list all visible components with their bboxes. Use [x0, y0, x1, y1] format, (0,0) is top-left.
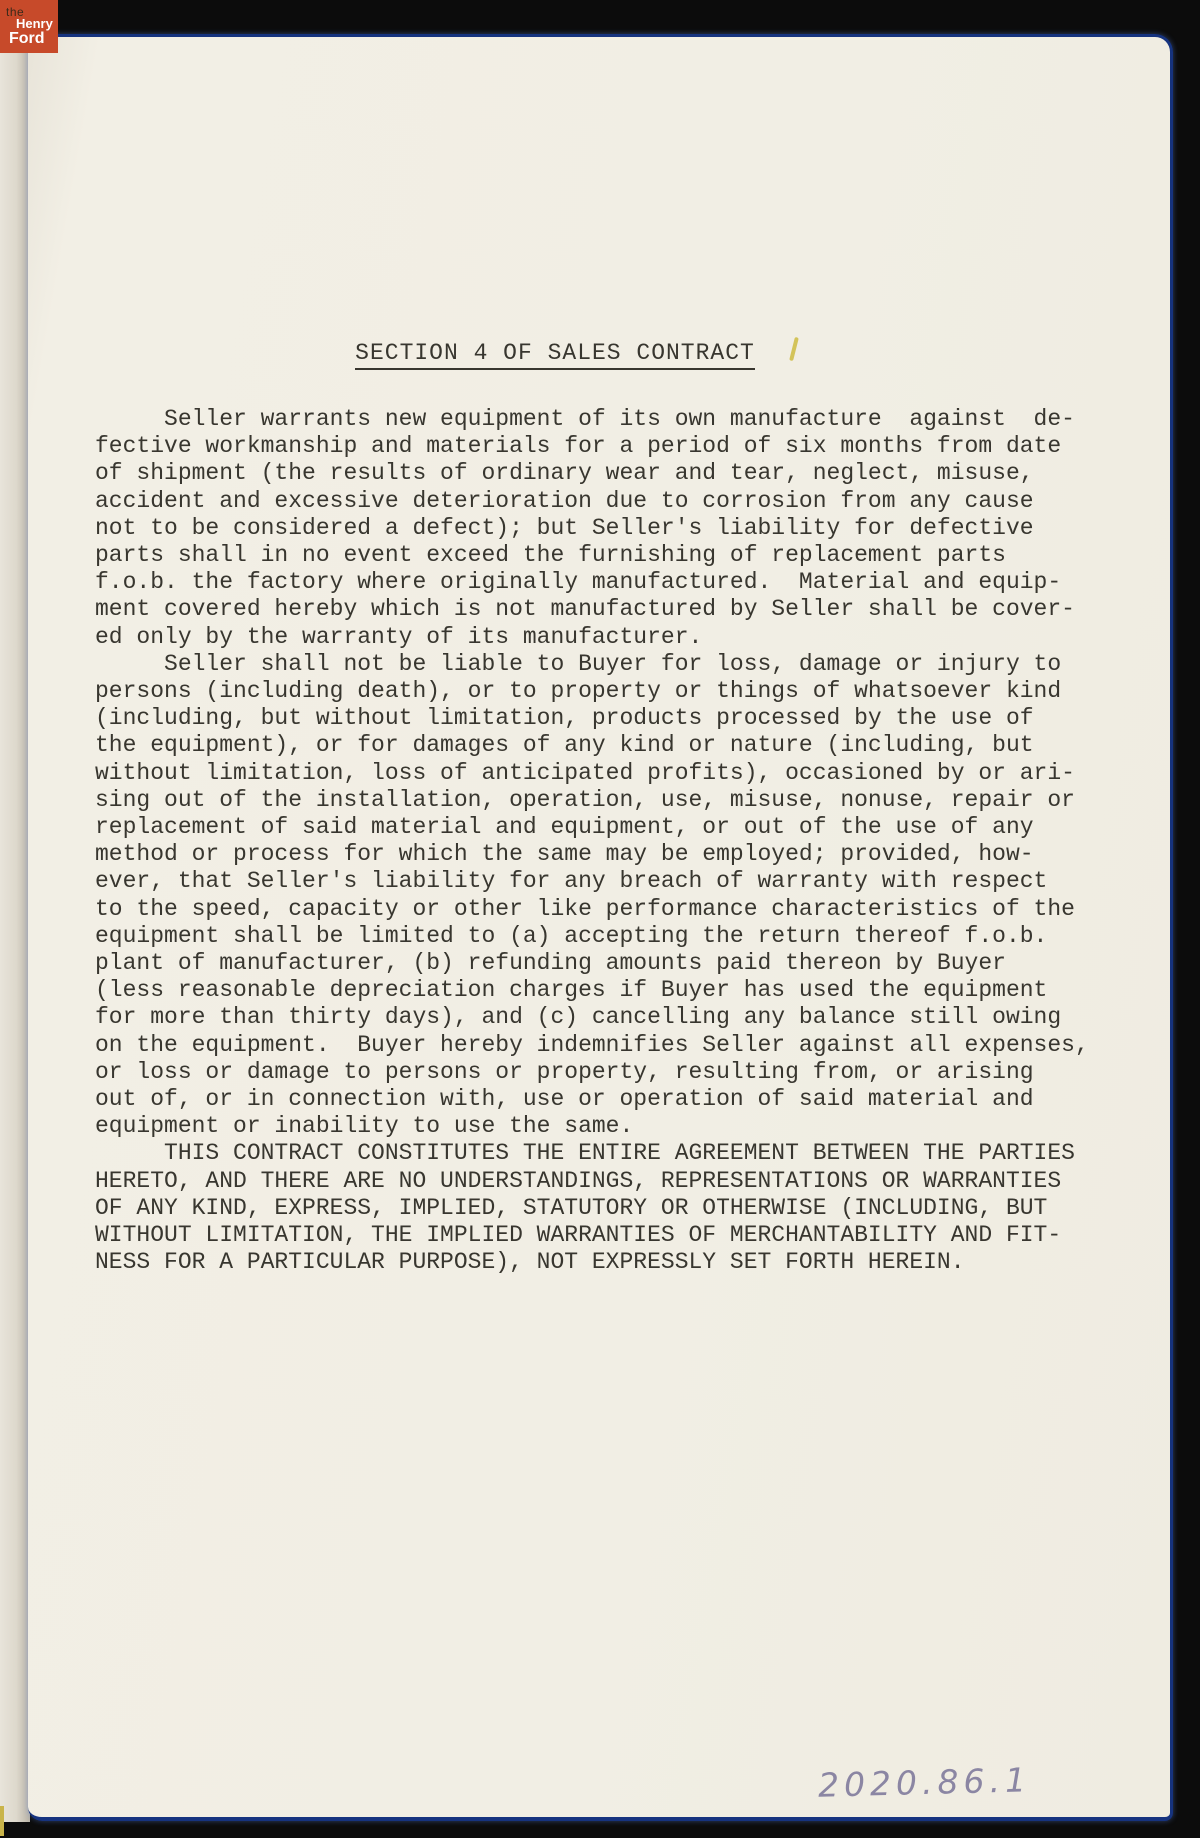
typed-content: SECTION 4 OF SALES CONTRACT Seller warra… — [95, 37, 1107, 1277]
document-title-text: SECTION 4 OF SALES CONTRACT — [355, 340, 755, 370]
logo-word-ford: Ford — [9, 31, 45, 47]
underlying-page-edge — [0, 42, 30, 1822]
bottom-left-paper-sliver — [0, 1806, 4, 1836]
document-title: SECTION 4 OF SALES CONTRACT — [95, 340, 1015, 367]
scan-background: SECTION 4 OF SALES CONTRACT Seller warra… — [0, 0, 1200, 1838]
document-body: Seller warrants new equipment of its own… — [95, 406, 1107, 1277]
henry-ford-logo: the Henry Ford — [0, 0, 58, 53]
paragraph-entire-agreement: THIS CONTRACT CONSTITUTES THE ENTIRE AGR… — [95, 1140, 1107, 1276]
paragraph-warranty: Seller warrants new equipment of its own… — [95, 406, 1107, 651]
handwritten-accession-number: 2020.86.1 — [818, 1760, 1032, 1805]
logo-word-henry: Henry — [16, 17, 53, 30]
paragraph-liability: Seller shall not be liable to Buyer for … — [95, 651, 1107, 1141]
document-page: SECTION 4 OF SALES CONTRACT Seller warra… — [28, 34, 1173, 1821]
